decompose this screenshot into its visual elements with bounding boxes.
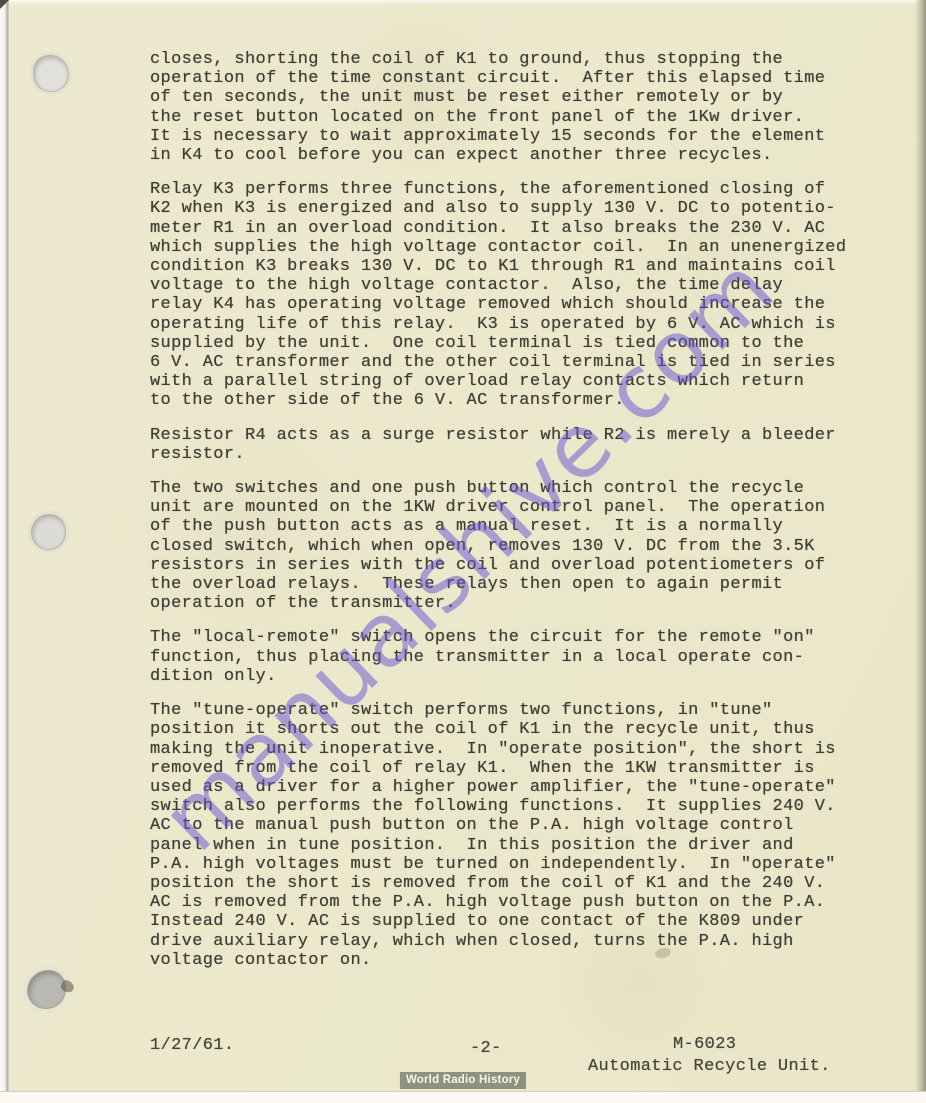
page-edge-bottom	[0, 1091, 926, 1103]
footer-page-number: -2-	[470, 1039, 502, 1058]
paragraph: The "local-remote" switch opens the circ…	[150, 628, 910, 686]
paragraph: The two switches and one push button whi…	[150, 479, 910, 613]
footer-doc-id: M-6023	[673, 1035, 736, 1054]
paragraph: closes, shorting the coil of K1 to groun…	[150, 50, 910, 165]
page-edge-left	[0, 0, 9, 1103]
document-body: closes, shorting the coil of K1 to groun…	[150, 50, 910, 985]
paragraph: Resistor R4 acts as a surge resistor whi…	[150, 426, 910, 464]
hole-punch-top	[33, 55, 69, 92]
hole-punch-middle	[31, 514, 66, 550]
page-edge-top	[0, 0, 926, 5]
footer-date: 1/27/61.	[150, 1036, 234, 1055]
paragraph: Relay K3 performs three functions, the a…	[150, 180, 910, 410]
paragraph: The "tune-operate" switch performs two f…	[150, 701, 910, 970]
archive-stamp: World Radio History	[400, 1072, 526, 1089]
page-edge-right	[915, 0, 926, 1103]
hole-punch-bottom	[27, 970, 66, 1009]
footer-doc-title: Automatic Recycle Unit.	[588, 1057, 831, 1076]
